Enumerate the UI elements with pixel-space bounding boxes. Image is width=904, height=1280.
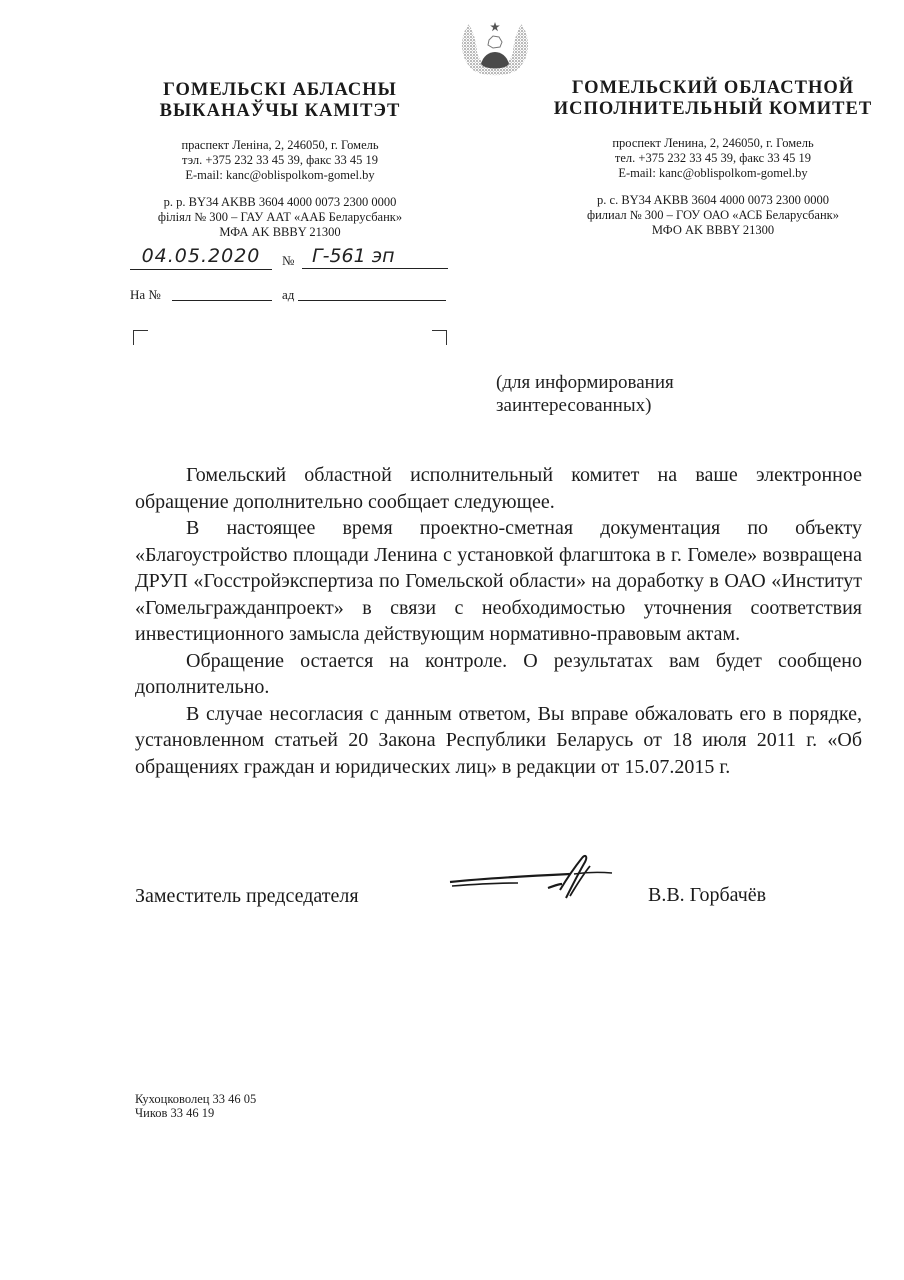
letterhead-russian: ГОМЕЛЬСКИЙ ОБЛАСТНОЙ ИСПОЛНИТЕЛЬНЫЙ КОМИ… [548,78,878,238]
signatory-title: Заместитель председателя [135,885,359,908]
body-paragraph: Обращение остается на контроле. О резуль… [135,648,862,701]
org-name-ru-line2: ИСПОЛНИТЕЛЬНЫЙ КОМИТЕТ [548,99,878,120]
email-ru: E-mail: kanc@oblispolkom-gomel.by [548,166,878,181]
recipient-line1: (для информирования [496,371,756,394]
document-date: 04.05.2020 [130,245,272,270]
handwritten-signature-icon [448,850,628,905]
bank-block-by: р. р. BY34 AKBB 3604 4000 0073 2300 0000… [130,195,430,240]
reference-line: На № ад [130,285,450,305]
registration-line: 04.05.2020 № Г-561 эп [130,245,450,275]
executor-contacts: Кухоцковолец 33 46 05 Чиков 33 46 19 [135,1092,256,1120]
contact-block-ru: проспект Ленина, 2, 246050, г. Гомель те… [548,136,878,181]
body-paragraph: В случае несогласия с данным ответом, Вы… [135,701,862,781]
address-corner-mark-right [432,330,447,345]
org-name-by-line1: ГОМЕЛЬСКІ АБЛАСНЫ [130,80,430,101]
state-emblem-icon [455,6,535,78]
mfo-ru: МФО AK BBBY 21300 [548,223,878,238]
address-by: праспект Леніна, 2, 246050, г. Гомель [130,138,430,153]
recipient-block: (для информирования заинтересованных) [496,371,756,417]
reference-number-blank [172,300,272,301]
email-by: E-mail: kanc@oblispolkom-gomel.by [130,168,430,183]
reference-number-label: На № [130,287,161,303]
body-paragraph: Гомельский областной исполнительный коми… [135,462,862,515]
branch-by: філіял № 300 – ГАУ ААТ «ААБ Беларусбанк» [130,210,430,225]
contact-block-by: праспект Леніна, 2, 246050, г. Гомель тэ… [130,138,430,183]
document-number: Г-561 эп [302,245,448,269]
body-paragraph: В настоящее время проектно-сметная докум… [135,515,862,648]
org-name-by-line2: ВЫКАНАЎЧЫ КАМІТЭТ [130,101,430,122]
signatory-name: В.В. Горбачёв [648,884,766,907]
executor-contact: Кухоцковолец 33 46 05 [135,1092,256,1106]
account-ru: р. с. BY34 AKBB 3604 4000 0073 2300 0000 [548,193,878,208]
org-name-ru-line1: ГОМЕЛЬСКИЙ ОБЛАСТНОЙ [548,78,878,99]
letter-body: Гомельский областной исполнительный коми… [135,462,862,780]
address-ru: проспект Ленина, 2, 246050, г. Гомель [548,136,878,151]
account-by: р. р. BY34 AKBB 3604 4000 0073 2300 0000 [130,195,430,210]
mfo-by: МФА AK BBBY 21300 [130,225,430,240]
bank-block-ru: р. с. BY34 AKBB 3604 4000 0073 2300 0000… [548,193,878,238]
signature-block: Заместитель председателя В.В. Горбачёв [135,850,862,910]
number-label: № [282,253,294,269]
reference-date-blank [298,300,446,301]
address-corner-mark-left [133,330,148,345]
letterhead-belarusian: ГОМЕЛЬСКІ АБЛАСНЫ ВЫКАНАЎЧЫ КАМІТЭТ прас… [130,80,430,240]
branch-ru: филиал № 300 – ГОУ ОАО «АСБ Беларусбанк» [548,208,878,223]
recipient-line2: заинтересованных) [496,394,756,417]
phone-by: тэл. +375 232 33 45 39, факс 33 45 19 [130,153,430,168]
phone-ru: тел. +375 232 33 45 39, факс 33 45 19 [548,151,878,166]
reference-date-label: ад [282,287,294,303]
executor-contact: Чиков 33 46 19 [135,1106,256,1120]
